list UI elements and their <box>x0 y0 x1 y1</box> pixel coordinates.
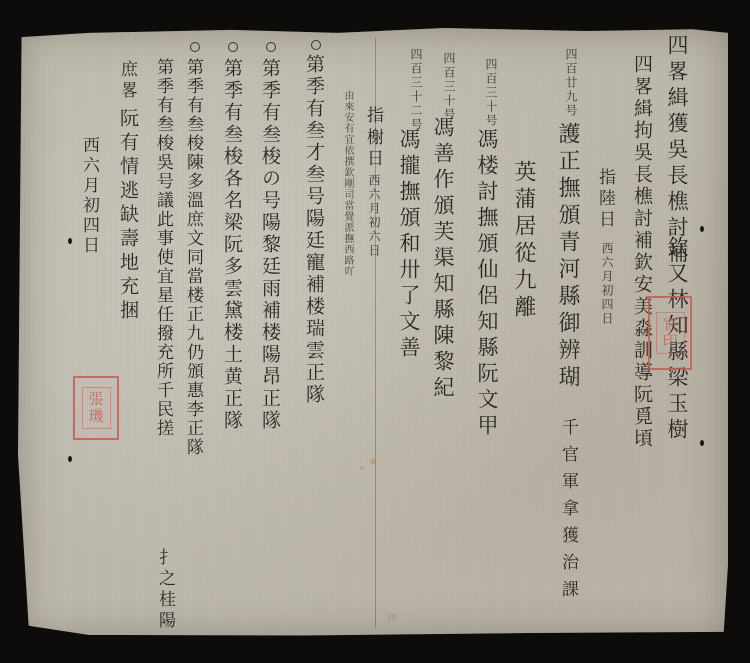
stain-1 <box>370 458 376 465</box>
text-column-4b: 千官軍拿獲治課 <box>559 418 576 607</box>
text-column-7: 馮善作頒芙渠知縣陳黎紀 <box>432 116 453 402</box>
text-column-15a: 庶畧 <box>118 60 135 102</box>
date-column-16: 西六月初四日 <box>80 136 97 256</box>
number-429: 四百廿九号 <box>565 48 577 118</box>
binding-hole-3 <box>700 226 704 232</box>
circle-mark-4 <box>190 42 200 52</box>
manuscript-paper: 四畧緝獲吳長樵討補 欽又林知縣梁玉樹 四畧緝拘吳長樵討補欽安美淼訓導阮覓頃 指陸… <box>18 28 728 638</box>
circle-mark-3 <box>228 42 238 52</box>
circle-mark-1 <box>311 40 321 50</box>
text-column-8: 馮攏撫頒和卅了文善 <box>398 128 419 362</box>
text-column-2: 四畧緝拘吳長樵討補欽安美淼訓導阮覓頃 <box>632 54 651 450</box>
circle-mark-2 <box>266 42 276 52</box>
number-432: 四百三十二号 <box>410 48 422 132</box>
number-430b: 四百三十号 <box>443 52 455 122</box>
text-column-13: 第季有叁梭陳多溫庶文同當楼正九仍頒惠李正隊 <box>184 58 201 457</box>
stain-2 <box>360 466 364 470</box>
seal-right-text: 官印 <box>656 312 685 354</box>
text-column-4: 護正撫頒青河縣御辨瑚 <box>556 122 578 392</box>
text-column-9b: 榭日 <box>364 128 381 170</box>
annotation-column-10: 由來安有宜依撰欽剛司當覺派撫西路吖 <box>342 90 352 277</box>
text-column-5: 英蒲居從九離 <box>512 160 534 322</box>
text-column-14b: 扌之桂陽 <box>156 548 173 632</box>
date-column-3: 西六月初四日 <box>601 242 613 326</box>
number-430: 四百三十号 <box>485 58 497 128</box>
date-column-9: 西六月初六日 <box>368 174 380 258</box>
text-column-11: 第季有叁梭の号陽黎廷雨補楼陽昂正隊 <box>260 58 279 432</box>
page-number: 38 <box>386 613 397 623</box>
text-column-3: 指陸日 <box>596 168 613 231</box>
binding-hole-1 <box>68 238 72 244</box>
text-column-9a: 指 <box>364 106 381 127</box>
binding-hole-2 <box>68 456 72 462</box>
seal-left-text: 張璣 <box>82 387 111 429</box>
text-column-12: 第季有叁梭各名梁阮多雲黛楼土黄正隊 <box>222 58 241 432</box>
seal-left: 張璣 <box>73 376 119 440</box>
binding-hole-4 <box>700 440 704 446</box>
text-column-14: 第季有叁梭吳号議此事使宜星任撥充所千民搓 <box>154 58 171 438</box>
text-column-6: 馮楼討撫頒仙侶知縣阮文甲 <box>476 128 497 440</box>
text-column-1: 四畧緝獲吳長樵討補 <box>666 34 687 268</box>
text-column-10: 第季有叁才叁号陽廷寵補楼瑞雲正隊 <box>304 54 323 406</box>
seal-right: 官印 <box>648 296 692 370</box>
text-column-15: 阮有情逃缺壽地充捆 <box>118 108 137 324</box>
